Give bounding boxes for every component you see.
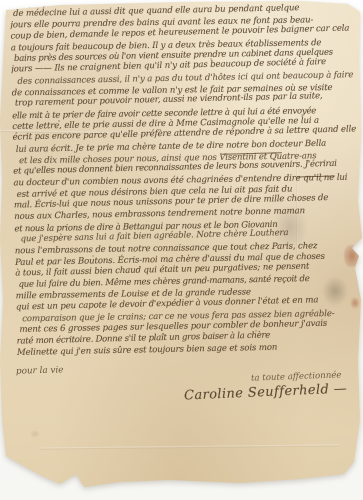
foxing-spot	[30, 430, 40, 438]
postscript-text: pour la vie	[16, 365, 64, 376]
paper-shadow-wrap: 2 7 de médecine lui a aussi dit que quan…	[0, 0, 363, 500]
scanned-letter-page: 2 7 de médecine lui a aussi dit que quan…	[0, 0, 363, 500]
ink-specks	[0, 0, 2, 2]
signature: Caroline Seufferheld	[184, 381, 348, 403]
letter-paper: 2 7 de médecine lui a aussi dit que quan…	[0, 0, 363, 500]
paper-crease	[40, 444, 340, 449]
letter-body-text: de médecine lui a aussi dit que quand el…	[10, 2, 363, 361]
